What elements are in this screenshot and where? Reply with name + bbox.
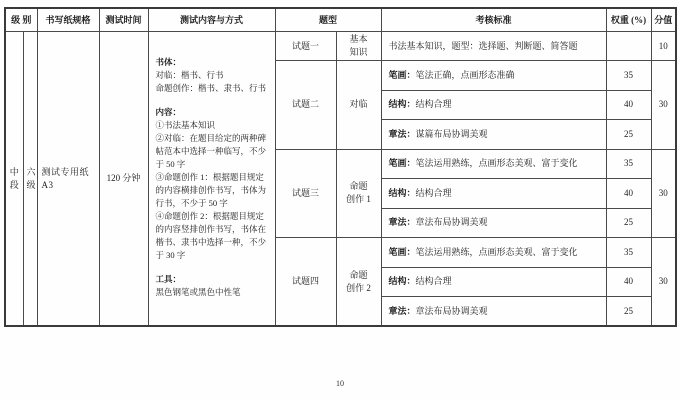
weight-cell: 25 [606, 120, 651, 150]
content-line: ②对临：在题目给定的两种碑帖范本中选择一种临写，不少于 50 字 [156, 132, 270, 171]
stage-cell: 中 段 [5, 32, 23, 327]
criteria-label: 结构： [389, 276, 416, 286]
score-cell: 30 [651, 61, 676, 150]
criteria-cell: 笔画：笔法运用熟练，点画形态美观、富于变化 [381, 149, 606, 179]
weight-cell: 35 [606, 238, 651, 268]
criteria-label: 章法： [389, 217, 416, 227]
weight-cell: 40 [606, 90, 651, 120]
criteria-label: 笔画： [389, 158, 416, 168]
header-score: 分值 [651, 8, 676, 32]
criteria-label: 笔画： [389, 247, 416, 257]
question-name-cell: 试题三 [275, 149, 336, 238]
weight-cell: 25 [606, 297, 651, 327]
question-name-cell: 试题一 [275, 32, 336, 61]
test-time-cell: 120 分钟 [99, 32, 148, 327]
assessment-table: 级 别 书写纸规格 测试时间 测试内容与方式 题型 考核标准 权重 (%) 分值… [4, 7, 677, 327]
criteria-text: 章法布局协调美观 [416, 217, 488, 227]
weight-cell: 40 [606, 179, 651, 209]
document-page: 级 别 书写纸规格 测试时间 测试内容与方式 题型 考核标准 权重 (%) 分值… [0, 0, 680, 400]
content-line: 对临：楷书、行书 [156, 69, 270, 82]
content-section-tools: 工具： 黑色钢笔或黑色中性笔 [156, 273, 270, 299]
criteria-text: 结构合理 [416, 188, 452, 198]
criteria-label: 章法： [389, 129, 416, 139]
criteria-cell: 结构：结构合理 [381, 90, 606, 120]
criteria-label: 笔画： [389, 70, 416, 80]
header-row: 级 别 书写纸规格 测试时间 测试内容与方式 题型 考核标准 权重 (%) 分值 [5, 8, 676, 32]
question-type-cell: 命题 创作 2 [336, 238, 381, 327]
header-test-content: 测试内容与方式 [148, 8, 275, 32]
criteria-text: 书法基本知识，题型：选择题、判断题、简答题 [389, 41, 578, 51]
header-paper-spec: 书写纸规格 [37, 8, 99, 32]
weight-cell [606, 32, 651, 61]
weight-cell: 35 [606, 149, 651, 179]
criteria-text: 结构合理 [416, 99, 452, 109]
criteria-text: 笔法运用熟练，点画形态美观、富于变化 [416, 158, 578, 168]
criteria-label: 结构： [389, 99, 416, 109]
weight-cell: 40 [606, 267, 651, 297]
score-cell: 30 [651, 238, 676, 327]
section-title: 书体： [156, 56, 270, 69]
header-weight: 权重 (%) [606, 8, 651, 32]
criteria-cell: 章法：谋篇布局协调美观 [381, 120, 606, 150]
paper-spec-cell: 测试专用纸 A3 [37, 32, 99, 327]
criteria-cell: 笔画：笔法运用熟练，点画形态美观、富于变化 [381, 238, 606, 268]
grade-cell: 六 级 [23, 32, 37, 327]
criteria-text: 笔法正确，点画形态准确 [416, 70, 515, 80]
score-cell: 10 [651, 32, 676, 61]
table-row: 中 段 六 级 测试专用纸 A3 120 分钟 书体： 对临：楷书、行书 命题创… [5, 32, 676, 61]
criteria-cell: 笔画：笔法正确，点画形态准确 [381, 61, 606, 91]
weight-cell: 35 [606, 61, 651, 91]
header-test-time: 测试时间 [99, 8, 148, 32]
question-name-cell: 试题二 [275, 61, 336, 150]
header-level: 级 别 [5, 8, 37, 32]
criteria-text: 结构合理 [416, 276, 452, 286]
section-title: 内容： [156, 106, 270, 119]
content-section-style: 书体： 对临：楷书、行书 命题创作：楷书、隶书、行书 [156, 56, 270, 95]
score-cell: 30 [651, 149, 676, 238]
criteria-cell: 章法：章法布局协调美观 [381, 297, 606, 327]
criteria-cell: 章法：章法布局协调美观 [381, 208, 606, 238]
header-question-type: 题型 [275, 8, 381, 32]
criteria-cell: 书法基本知识，题型：选择题、判断题、简答题 [381, 32, 606, 61]
content-line: ①书法基本知识 [156, 119, 270, 132]
question-name-cell: 试题四 [275, 238, 336, 327]
weight-cell: 25 [606, 208, 651, 238]
page-number: 10 [0, 379, 680, 388]
criteria-text: 谋篇布局协调美观 [416, 129, 488, 139]
question-type-cell: 基本 知识 [336, 32, 381, 61]
criteria-text: 笔法运用熟练，点画形态美观、富于变化 [416, 247, 578, 257]
test-content-cell: 书体： 对临：楷书、行书 命题创作：楷书、隶书、行书 内容： ①书法基本知识 ②… [148, 32, 275, 327]
content-line: 命题创作：楷书、隶书、行书 [156, 82, 270, 95]
criteria-label: 章法： [389, 306, 416, 316]
content-section-content: 内容： ①书法基本知识 ②对临：在题目给定的两种碑帖范本中选择一种临写，不少于 … [156, 106, 270, 262]
header-criteria: 考核标准 [381, 8, 606, 32]
criteria-cell: 结构：结构合理 [381, 267, 606, 297]
content-line: ④命题创作 2：根据题目规定的内容竖排创作书写，书体在楷书、隶书中选择一种，不少… [156, 210, 270, 262]
question-type-cell: 命题 创作 1 [336, 149, 381, 238]
criteria-cell: 结构：结构合理 [381, 179, 606, 209]
question-type-cell: 对临 [336, 61, 381, 150]
criteria-label: 结构： [389, 188, 416, 198]
criteria-text: 章法布局协调美观 [416, 306, 488, 316]
content-line: 黑色钢笔或黑色中性笔 [156, 286, 270, 299]
section-title: 工具： [156, 273, 270, 286]
content-line: ③命题创作 1：根据题目规定的内容横排创作书写，书体为行书，不少于 50 字 [156, 171, 270, 210]
